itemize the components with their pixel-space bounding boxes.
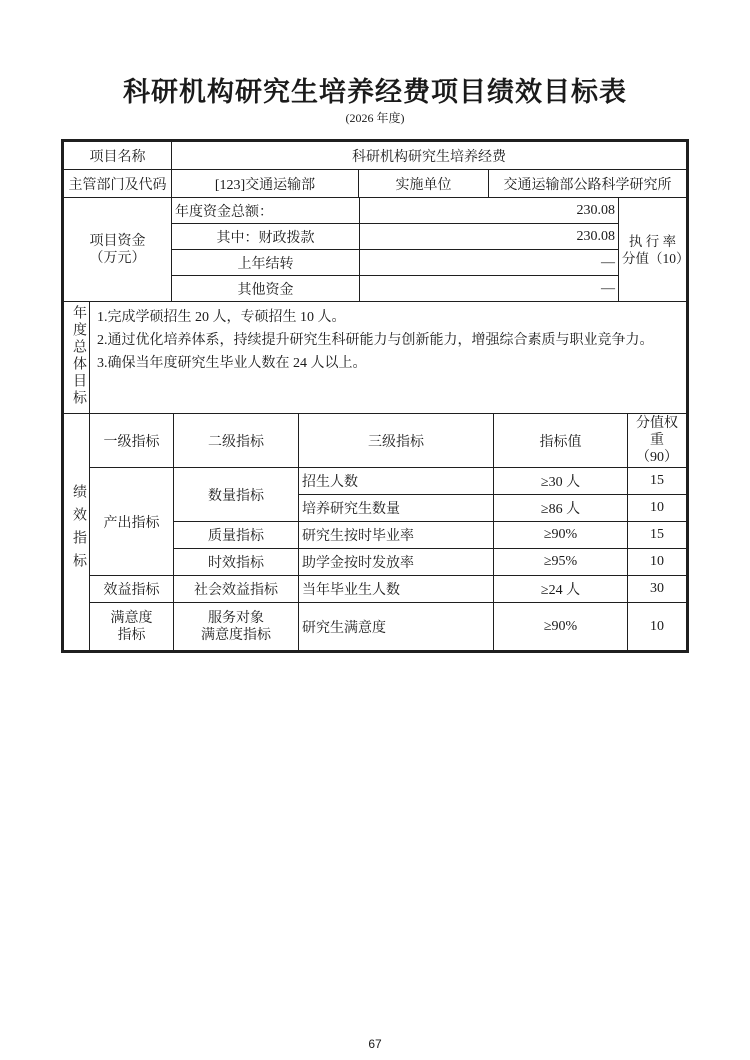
header-level3: 三级指标 xyxy=(299,414,494,468)
indicator-score: 10 xyxy=(628,603,687,651)
indicator-row: 效益指标 社会效益指标 当年毕业生人数 ≥24 人 30 xyxy=(64,576,687,603)
indicator-score: 30 xyxy=(628,576,687,603)
funds-label-line1: 项目资金 xyxy=(67,233,168,250)
annual-goal-side-label-text: 年度总体目标 xyxy=(67,305,89,407)
funds-row-value: 230.08 xyxy=(360,198,619,224)
indicators-side-label: 绩效指标 xyxy=(64,414,90,651)
indicator-target: ≥24 人 xyxy=(494,576,628,603)
funds-row-label: 上年结转 xyxy=(172,250,360,276)
indicator-target: ≥95% xyxy=(494,549,628,576)
indicator-target: ≥86 人 xyxy=(494,495,628,522)
annual-goal-line: 2.通过优化培养体系，持续提升研究生科研能力与创新能力，增强综合素质与职业竞争力… xyxy=(97,329,679,352)
execution-rate-score-label: 执 行 率 分值（10） xyxy=(619,198,687,302)
dept-code-value: [123]交通运输部 xyxy=(172,170,359,198)
indicator-name: 研究生按时毕业率 xyxy=(299,522,494,549)
indicators-side-label-text: 绩效指标 xyxy=(67,484,89,576)
page-subtitle: (2026 年度) xyxy=(0,109,750,126)
level2-timeliness: 时效指标 xyxy=(174,549,299,576)
level2-quality: 质量指标 xyxy=(174,522,299,549)
indicator-row: 满意度 指标 服务对象 满意度指标 研究生满意度 ≥90% 10 xyxy=(64,603,687,651)
annual-goal-content: 1.完成学硕招生 20 人，专硕招生 10 人。 2.通过优化培养体系，持续提升… xyxy=(90,302,687,414)
header-weight-line2: （90） xyxy=(631,449,683,466)
indicator-row: 产出指标 数量指标 招生人数 ≥30 人 15 xyxy=(64,468,687,495)
indicator-score: 15 xyxy=(628,468,687,495)
header-level1: 一级指标 xyxy=(90,414,174,468)
indicator-target: ≥90% xyxy=(494,603,628,651)
annual-goal-section: 年度总体目标 1.完成学硕招生 20 人，专硕招生 10 人。 2.通过优化培养… xyxy=(63,301,687,414)
level2-social: 社会效益指标 xyxy=(174,576,299,603)
indicator-target: ≥30 人 xyxy=(494,468,628,495)
level2-service: 服务对象 满意度指标 xyxy=(174,603,299,651)
level1-benefit: 效益指标 xyxy=(90,576,174,603)
level1-satisfaction: 满意度 指标 xyxy=(90,603,174,651)
indicator-target: ≥90% xyxy=(494,522,628,549)
execution-rate-line2: 分值（10） xyxy=(622,250,683,267)
execution-rate-line1: 执 行 率 xyxy=(622,233,683,250)
indicator-score: 15 xyxy=(628,522,687,549)
level1-output: 产出指标 xyxy=(90,468,174,576)
level1-satisfaction-line1: 满意度 xyxy=(93,610,170,627)
header-level2: 二级指标 xyxy=(174,414,299,468)
funds-label: 项目资金 （万元） xyxy=(64,198,172,302)
annual-goal-side-label: 年度总体目标 xyxy=(64,302,90,414)
funds-section: 项目资金 （万元） 年度资金总额： 230.08 执 行 率 分值（10） 其中… xyxy=(63,197,687,302)
indicator-name: 当年毕业生人数 xyxy=(299,576,494,603)
project-name-label: 项目名称 xyxy=(64,142,172,170)
indicator-name: 培养研究生数量 xyxy=(299,495,494,522)
annual-goal-line: 1.完成学硕招生 20 人，专硕招生 10 人。 xyxy=(97,306,679,329)
level2-quantity: 数量指标 xyxy=(174,468,299,522)
indicators-section: 绩效指标 一级指标 二级指标 三级指标 指标值 分值权重 （90） 产出指标 数… xyxy=(63,413,687,651)
funds-row-value: — xyxy=(360,276,619,302)
dept-code-label: 主管部门及代码 xyxy=(64,170,172,198)
level1-satisfaction-line2: 指标 xyxy=(93,627,170,644)
indicator-score: 10 xyxy=(628,549,687,576)
page-number: 67 xyxy=(0,1037,750,1051)
funds-row-label: 年度资金总额： xyxy=(172,198,360,224)
funds-row-value: 230.08 xyxy=(360,224,619,250)
funds-label-line2: （万元） xyxy=(67,250,168,267)
header-target: 指标值 xyxy=(494,414,628,468)
header-weight-line1: 分值权重 xyxy=(631,415,683,449)
header-weight: 分值权重 （90） xyxy=(628,414,687,468)
performance-target-table: 项目名称 科研机构研究生培养经费 主管部门及代码 [123]交通运输部 实施单位… xyxy=(61,139,689,653)
project-name-value: 科研机构研究生培养经费 xyxy=(172,142,687,170)
indicator-score: 10 xyxy=(628,495,687,522)
indicator-name: 助学金按时发放率 xyxy=(299,549,494,576)
impl-unit-label: 实施单位 xyxy=(359,170,489,198)
page-title: 科研机构研究生培养经费项目绩效目标表 xyxy=(0,70,750,109)
level2-service-line2: 满意度指标 xyxy=(177,627,295,644)
annual-goal-line: 3.确保当年度研究生毕业人数在 24 人以上。 xyxy=(97,352,679,375)
indicator-name: 研究生满意度 xyxy=(299,603,494,651)
funds-row-label: 其他资金 xyxy=(172,276,360,302)
level2-service-line1: 服务对象 xyxy=(177,610,295,627)
project-info-section: 项目名称 科研机构研究生培养经费 主管部门及代码 [123]交通运输部 实施单位… xyxy=(63,141,687,198)
funds-row-value: — xyxy=(360,250,619,276)
indicator-name: 招生人数 xyxy=(299,468,494,495)
funds-row-label: 其中：财政拨款 xyxy=(172,224,360,250)
impl-unit-value: 交通运输部公路科学研究所 xyxy=(489,170,687,198)
